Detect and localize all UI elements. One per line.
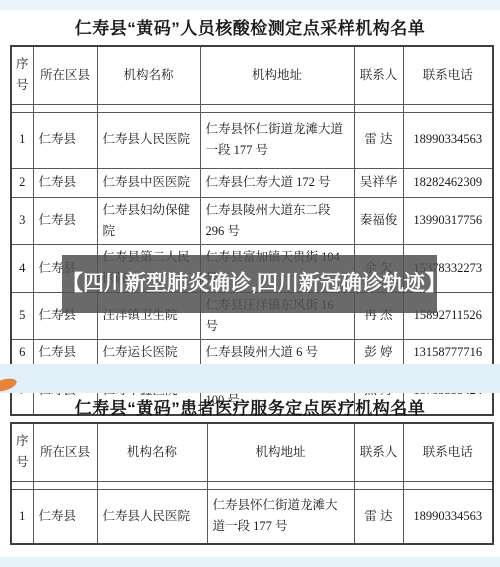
table-cell: 仁寿县 (33, 112, 97, 168)
table1-title: 仁寿县“黄码”人员核酸检测定点采样机构名单 (0, 14, 500, 39)
spacer-row (11, 104, 493, 112)
column-header: 联系电话 (403, 423, 493, 481)
column-header: 联系人 (354, 46, 403, 104)
table-row: 1仁寿县仁寿县人民医院仁寿县怀仁街道龙滩大道一段 177 号雷 达1899033… (11, 489, 493, 544)
column-header: 联系人 (354, 423, 403, 481)
table-cell: 彭 婷 (354, 340, 403, 367)
table-row: 1仁寿县仁寿县人民医院仁寿县怀仁街道龙滩大道一段 177 号雷 达1899033… (11, 112, 493, 168)
table-cell: 仁寿县陵州大道东二段 296 号 (200, 197, 354, 245)
table2-title: 仁寿县“黄码”患者医疗服务定点医疗机构名单 (0, 394, 500, 419)
table-cell: 雷 达 (354, 489, 403, 544)
column-header: 机构名称 (97, 46, 200, 104)
table-cell: 18990334563 (403, 489, 493, 544)
table-row: 3仁寿县仁寿县妇幼保健院仁寿县陵州大道东二段 296 号秦福俊139903177… (11, 197, 493, 245)
table-cell: 1 (11, 112, 33, 168)
column-header: 机构地址 (207, 423, 354, 481)
column-header: 所在区县 (33, 46, 97, 104)
column-header: 联系电话 (403, 46, 493, 104)
table-cell: 仁寿县妇幼保健院 (97, 197, 200, 245)
table-cell: 仁寿县怀仁街道龙滩大道一段 177 号 (200, 112, 354, 168)
table-cell: 2 (11, 168, 33, 197)
table-cell: 13990317756 (403, 197, 493, 245)
watermark-overlay: 【四川新型肺炎确诊,四川新冠确诊轨迹】 (62, 255, 437, 313)
sampling-institutions-table: 序号所在区县机构名称机构地址联系人联系电话 1仁寿县仁寿县人民医院仁寿县怀仁街道… (10, 45, 494, 416)
table-cell: 3 (11, 197, 33, 245)
table-header-row: 序号所在区县机构名称机构地址联系人联系电话 (11, 46, 493, 104)
column-header: 机构名称 (97, 423, 207, 481)
table-cell: 4 (11, 245, 33, 293)
document-page: 仁寿县“黄码”人员核酸检测定点采样机构名单 序号所在区县机构名称机构地址联系人联… (0, 0, 500, 567)
table-row: 6仁寿县仁寿运长医院仁寿县陵州大道 6 号彭 婷13158777716 (11, 340, 493, 367)
column-header: 所在区县 (33, 423, 97, 481)
table-row: 2仁寿县仁寿县中医医院仁寿县仁寿大道 172 号吴祥华18282462309 (11, 168, 493, 197)
table-cell: 仁寿县中医医院 (97, 168, 200, 197)
table-cell: 仁寿县人民医院 (97, 489, 207, 544)
bottom-decor-strip (0, 557, 500, 567)
table-cell: 5 (11, 292, 33, 340)
table-cell: 秦福俊 (354, 197, 403, 245)
table-cell: 仁寿县 (33, 489, 97, 544)
column-header: 机构地址 (200, 46, 354, 104)
table-cell: 仁寿县 (33, 197, 97, 245)
divider-strip (0, 364, 500, 393)
watermark-text: 【四川新型肺炎确诊,四川新冠确诊轨迹】 (62, 270, 437, 298)
table-cell: 仁寿县陵州大道 6 号 (200, 340, 354, 367)
table-cell: 吴祥华 (354, 168, 403, 197)
spacer-row (11, 481, 493, 489)
table-cell: 仁寿县人民医院 (97, 112, 200, 168)
table-cell: 13158777716 (403, 340, 493, 367)
table-cell: 仁寿县 (33, 340, 97, 367)
table-cell: 仁寿县怀仁街道龙滩大道一段 177 号 (207, 489, 354, 544)
top-decor-strip (0, 0, 500, 10)
table-cell: 仁寿县仁寿大道 172 号 (200, 168, 354, 197)
table-cell: 18282462309 (403, 168, 493, 197)
medical-service-institutions-table: 序号所在区县机构名称机构地址联系人联系电话 1仁寿县仁寿县人民医院仁寿县怀仁街道… (10, 422, 494, 545)
table-header-row: 序号所在区县机构名称机构地址联系人联系电话 (11, 423, 493, 481)
table-cell: 仁寿县 (33, 168, 97, 197)
table-cell: 6 (11, 340, 33, 367)
column-header: 序号 (11, 46, 33, 104)
column-header: 序号 (11, 423, 33, 481)
table-cell: 18990334563 (403, 112, 493, 168)
orange-brushstroke-icon (0, 373, 22, 395)
table-cell: 仁寿运长医院 (97, 340, 200, 367)
table-cell: 雷 达 (354, 112, 403, 168)
table-cell: 1 (11, 489, 33, 544)
